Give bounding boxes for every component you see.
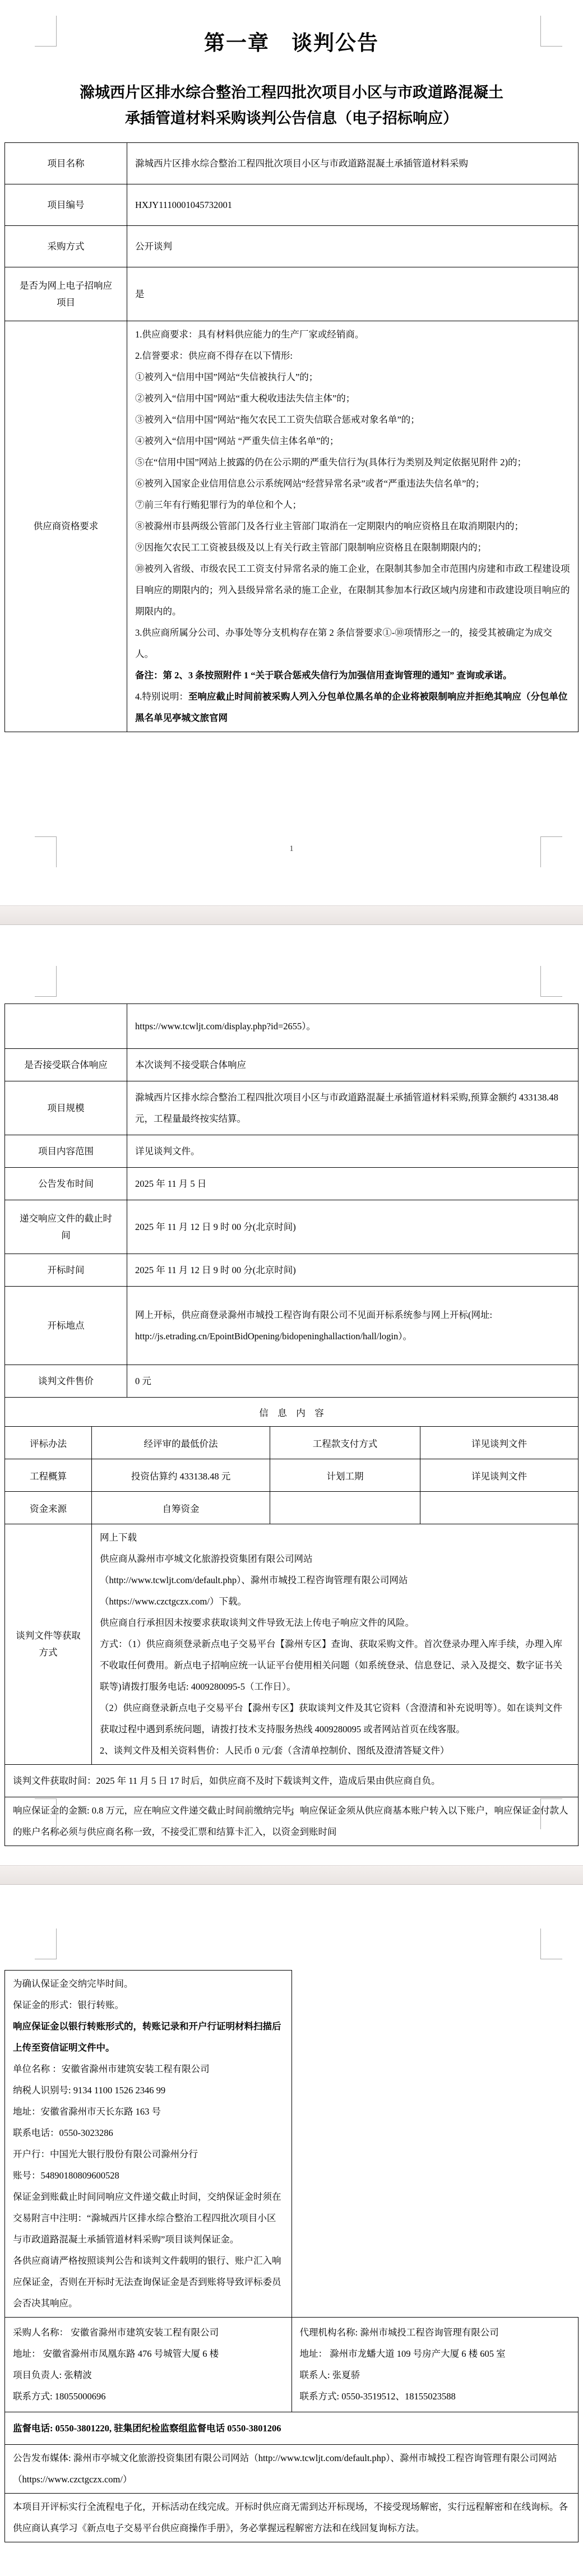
field-label: 工程款支付方式 bbox=[270, 1427, 420, 1459]
purchaser-name: 采购人名称： 安徽省滁州市建筑安装工程有限公司 bbox=[13, 2322, 284, 2343]
deposit-details-table: 为确认保证金交纳完毕时间。 保证金的形式：银行转账。 响应保证金以银行转账形式的… bbox=[4, 1970, 579, 2542]
field-value: 滁城西片区排水综合整治工程四批次项目小区与市政道路混凝土承插管道材料采购 bbox=[127, 143, 579, 184]
page-separator bbox=[0, 905, 583, 925]
remark-note: 备注：第 2、3 条按照附件 1 “关于联合惩戒失信行为加强信用查询管理的通知”… bbox=[135, 665, 570, 686]
agency-phone: 联系方式: 0550-3519512、18155023588 bbox=[300, 2386, 571, 2407]
field-label: 供应商资格要求 bbox=[5, 321, 127, 732]
agency-address: 地址： 滁州市龙蟠大道 109 号房产大厦 6 楼 605 室 bbox=[300, 2343, 571, 2365]
crop-mark-icon bbox=[35, 966, 57, 997]
field-value: 详见谈判文件 bbox=[420, 1427, 579, 1459]
unit-phone: 联系电话：0550-3023286 bbox=[13, 2122, 284, 2144]
paragraph: ②被列入“信用中国”网站“重大税收违法失信主体”的； bbox=[135, 388, 570, 409]
field-label: 资金来源 bbox=[5, 1492, 92, 1524]
paragraph: http://js.etrading.cn/EpointBidOpening/b… bbox=[135, 1326, 570, 1347]
paragraph: 为确认保证金交纳完毕时间。 bbox=[13, 1973, 284, 1995]
paragraph: ③被列入“信用中国”网站“拖欠农民工工资失信联合惩戒对象名单”的； bbox=[135, 409, 570, 431]
deposit-strict-note: 各供应商请严格按照谈判公告和谈判文件载明的银行、账户汇入响应保证金，否则在开标时… bbox=[13, 2250, 284, 2314]
table-row: 开标地点 网上开标，供应商登录滁州市城投工程咨询有限公司不见面开标系统参与网上开… bbox=[5, 1287, 579, 1365]
project-info-table: 项目名称 滁城西片区排水综合整治工程四批次项目小区与市政道路混凝土承插管道材料采… bbox=[4, 142, 579, 732]
special-note: 4.特别说明：至响应截止时间前被采购人列入分包单位黑名单的企业将被限制响应并拒绝… bbox=[135, 686, 570, 729]
table-row: 开标时间 2025 年 11 月 12 日 9 时 00 分(北京时间) bbox=[5, 1254, 579, 1287]
table-row: 递交响应文件的截止时间 2025 年 11 月 12 日 9 时 00 分(北京… bbox=[5, 1200, 579, 1254]
paragraph: 网上下载 bbox=[100, 1527, 570, 1548]
paragraph: 3.供应商所属分公司、办事处等分支机构存在第 2 条信誉要求①-⑩项情形之一的，… bbox=[135, 622, 570, 665]
crop-mark-icon bbox=[540, 966, 562, 997]
field-value bbox=[270, 1492, 420, 1524]
announcement-media: 公告发布媒体: 滁州市亭城文化旅游投资集团有限公司网站（http://www.t… bbox=[5, 2445, 579, 2494]
field-label: 评标办法 bbox=[5, 1427, 92, 1459]
table-row: 公告发布媒体: 滁州市亭城文化旅游投资集团有限公司网站（http://www.t… bbox=[5, 2445, 579, 2494]
deposit-details: 为确认保证金交纳完毕时间。 保证金的形式：银行转账。 响应保证金以银行转账形式的… bbox=[5, 1971, 292, 2318]
field-label: 递交响应文件的截止时间 bbox=[5, 1200, 127, 1254]
page-1: 第一章 谈判公告 滁城西片区排水综合整治工程四批次项目小区与市政道路混凝土承插管… bbox=[0, 0, 583, 905]
transfer-note: 响应保证金以银行转账形式的，转账记录和开户行证明材料扫描后上传至资信证明文件中。 bbox=[13, 2016, 284, 2059]
paragraph: ⑧被滁州市县两级公管部门及各行业主管部门取消在一定期限内的响应资格且在取消期限内… bbox=[135, 516, 570, 537]
field-label: 是否为网上电子招响应项目 bbox=[5, 267, 127, 321]
table-row: 项目规模 滁城西片区排水综合整治工程四批次项目小区与市政道路混凝土承插管道材料采… bbox=[5, 1081, 579, 1135]
purchaser-address: 地址： 安徽省滁州市凤凰东路 476 号城管大厦 6 楼 bbox=[13, 2343, 284, 2365]
bid-opening-place: 网上开标，供应商登录滁州市城投工程咨询有限公司不见面开标系统参与网上开标(网址:… bbox=[127, 1287, 579, 1365]
field-value: 2025 年 11 月 5 日 bbox=[127, 1168, 579, 1200]
table-row: https://www.tcwljt.com/display.php?id=26… bbox=[5, 1004, 579, 1049]
table-row: 是否接受联合体响应 本次谈判不接受联合体响应 bbox=[5, 1049, 579, 1081]
field-value: HXJY1110001045732001 bbox=[127, 184, 579, 226]
paragraph: 2、谈判文件及相关资料售价：人民币 0 元/套（含清单控制价、图纸及澄清答疑文件… bbox=[100, 1740, 570, 1761]
field-value: 投资估算约 433138.48 元 bbox=[92, 1459, 270, 1492]
paragraph: ⑨因拖欠农民工工资被县级及以上有关行政主管部门限制响应资格且在限制期限内的； bbox=[135, 537, 570, 558]
schedule-table: https://www.tcwljt.com/display.php?id=26… bbox=[4, 1003, 579, 1398]
paragraph: ⑩被列入省级、市级农民工工资支付异常名录的施工企业，在限制其参加全市范围内房建和… bbox=[135, 558, 570, 622]
e-bidding-note: 本项目开评标实行全流程电子化，开标活动在线完成。开标时供应商无需到达开标现场，不… bbox=[5, 2494, 579, 2542]
paragraph: 方式：（1）供应商须登录新点电子交易平台【滁州专区】查询、获取采购文件。首次登录… bbox=[100, 1634, 570, 1698]
blacklist-url: https://www.tcwljt.com/display.php?id=26… bbox=[127, 1004, 579, 1049]
paragraph: 供应商自行承担因未按要求获取谈判文件导致无法上传电子响应文件的风险。 bbox=[100, 1612, 570, 1634]
table-row: 是否为网上电子招响应项目 是 bbox=[5, 267, 579, 321]
agency-name: 代理机构名称: 滁州市城投工程咨询管理有限公司 bbox=[300, 2322, 571, 2343]
info-header-table: 信 息 内 容 bbox=[4, 1397, 579, 1427]
table-row: 项目编号 HXJY1110001045732001 bbox=[5, 184, 579, 226]
purchaser-phone: 联系方式: 18055000696 bbox=[13, 2386, 284, 2407]
field-label: 开标时间 bbox=[5, 1254, 127, 1287]
field-label: 项目规模 bbox=[5, 1081, 127, 1135]
field-value: 滁城西片区排水综合整治工程四批次项目小区与市政道路混凝土承插管道材料采购,预算金… bbox=[127, 1081, 579, 1135]
field-label: 谈判文件售价 bbox=[5, 1365, 127, 1398]
field-label: 工程概算 bbox=[5, 1459, 92, 1492]
paragraph: 2.信誉要求：供应商不得存在以下情形: bbox=[135, 345, 570, 367]
table-row: 监督电话: 0550-3801220, 驻集团纪检监察组监督电话 0550-38… bbox=[5, 2412, 579, 2445]
field-value: 经评审的最低价法 bbox=[92, 1427, 270, 1459]
field-label: 采购方式 bbox=[5, 226, 127, 267]
paragraph: 供应商从滁州市亭城文化旅游投资集团有限公司网站 bbox=[100, 1548, 570, 1570]
page-number: 1 bbox=[0, 844, 583, 854]
paragraph: ④被列入“信用中国”网站 “严重失信主体名单”的； bbox=[135, 431, 570, 452]
field-label: 是否接受联合体响应 bbox=[5, 1049, 127, 1081]
paragraph: ①被列入“信用中国”网站“失信被执行人”的； bbox=[135, 367, 570, 388]
field-value: 是 bbox=[127, 267, 579, 321]
crop-mark-icon bbox=[35, 16, 57, 47]
agency-person: 联系人: 张夏骄 bbox=[300, 2365, 571, 2386]
table-row: 采购方式 公开谈判 bbox=[5, 226, 579, 267]
field-label: 公告发布时间 bbox=[5, 1168, 127, 1200]
crop-mark-icon bbox=[540, 16, 562, 47]
supervision-phone: 监督电话: 0550-3801220, 驻集团纪检监察组监督电话 0550-38… bbox=[5, 2412, 579, 2445]
info-grid-table: 评标办法 经评审的最低价法 工程款支付方式 详见谈判文件 工程概算 投资估算约 … bbox=[4, 1426, 579, 1524]
table-row: 资金来源 自筹资金 bbox=[5, 1492, 579, 1524]
qualification-requirements: 1.供应商要求：具有材料供应能力的生产厂家或经销商。 2.信誉要求：供应商不得存… bbox=[127, 321, 579, 732]
field-label: 开标地点 bbox=[5, 1287, 127, 1365]
crop-mark-icon bbox=[540, 1928, 562, 1959]
field-value: 公开谈判 bbox=[127, 226, 579, 267]
table-row: 项目名称 滁城西片区排水综合整治工程四批次项目小区与市政道路混凝土承插管道材料采… bbox=[5, 143, 579, 184]
table-row: 项目内容范围 详见谈判文件。 bbox=[5, 1135, 579, 1168]
paragraph: ⑥被列入国家企业信用信息公示系统网站“经营异常名录”或者“严重违法失信名单”的； bbox=[135, 473, 570, 494]
field-value bbox=[420, 1492, 579, 1524]
table-row: 为确认保证金交纳完毕时间。 保证金的形式：银行转账。 响应保证金以银行转账形式的… bbox=[5, 1971, 579, 2318]
taxpayer-id: 纳税人识别号: 9134 1100 1526 2346 99 bbox=[13, 2080, 284, 2101]
acquisition-table: 谈判文件等获取方式 网上下载 供应商从滁州市亭城文化旅游投资集团有限公司网站 （… bbox=[4, 1524, 579, 1765]
paragraph: 网上开标，供应商登录滁州市城投工程咨询有限公司不见面开标系统参与网上开标(网址: bbox=[135, 1305, 570, 1326]
field-label: 项目编号 bbox=[5, 184, 127, 226]
page-number: 2 bbox=[0, 1809, 583, 1818]
field-value: 自筹资金 bbox=[92, 1492, 270, 1524]
deposit-deadline-note: 保证金到账截止时间同响应文件递交截止时间，交纳保证金时须在交易附言中注明：“滁城… bbox=[13, 2186, 284, 2250]
info-section-header: 信 息 内 容 bbox=[5, 1398, 579, 1427]
announcement-subtitle: 滁城西片区排水综合整治工程四批次项目小区与市政道路混凝土承插管道材料采购谈判公告… bbox=[74, 80, 509, 131]
field-label: 项目名称 bbox=[5, 143, 127, 184]
bank-account: 账号：54890180809600528 bbox=[13, 2165, 284, 2186]
page-3: 为确认保证金交纳完毕时间。 保证金的形式：银行转账。 响应保证金以银行转账形式的… bbox=[0, 1885, 583, 2576]
special-note-bold: 至响应截止时间前被采购人列入分包单位黑名单的企业将被限制响应并拒绝其响应（分包单… bbox=[135, 691, 567, 723]
purchaser-contact: 采购人名称： 安徽省滁州市建筑安装工程有限公司 地址： 安徽省滁州市凤凰东路 4… bbox=[5, 2318, 292, 2412]
field-value: 详见谈判文件 bbox=[420, 1459, 579, 1492]
file-acquisition-time: 谈判文件获取时间：2025 年 11 月 5 日 17 时后，如供应商不及时下载… bbox=[5, 1765, 579, 1797]
field-value: 详见谈判文件。 bbox=[127, 1135, 579, 1168]
special-note-prefix: 4.特别说明： bbox=[135, 691, 188, 702]
field-value: 0 元 bbox=[127, 1365, 579, 1398]
paragraph: （http://www.tcwljt.com/default.php）、滁州市城… bbox=[100, 1570, 570, 1591]
table-row: 谈判文件售价 0 元 bbox=[5, 1365, 579, 1398]
page-2: https://www.tcwljt.com/display.php?id=26… bbox=[0, 925, 583, 1865]
chapter-title: 第一章 谈判公告 bbox=[0, 0, 583, 56]
table-row: 响应保证金的金额: 0.8 万元，应在响应文件递交截止时间前缴纳完毕；响应保证金… bbox=[5, 1797, 579, 1846]
unit-address: 地址：安徽省滁州市天长东路 163 号 bbox=[13, 2101, 284, 2122]
field-value: 2025 年 11 月 12 日 9 时 00 分(北京时间) bbox=[127, 1254, 579, 1287]
field-label bbox=[5, 1004, 127, 1049]
table-row: 采购人名称： 安徽省滁州市建筑安装工程有限公司 地址： 安徽省滁州市凤凰东路 4… bbox=[5, 2318, 579, 2412]
field-label: 项目内容范围 bbox=[5, 1135, 127, 1168]
deposit-amount: 响应保证金的金额: 0.8 万元，应在响应文件递交截止时间前缴纳完毕；响应保证金… bbox=[5, 1797, 579, 1846]
table-row: 信 息 内 容 bbox=[5, 1398, 579, 1427]
field-value: 2025 年 11 月 12 日 9 时 00 分(北京时间) bbox=[127, 1200, 579, 1254]
page-separator bbox=[0, 1865, 583, 1885]
table-row: 评标办法 经评审的最低价法 工程款支付方式 详见谈判文件 bbox=[5, 1427, 579, 1459]
paragraph: （https://www.czctgczx.com/）下载。 bbox=[100, 1591, 570, 1612]
table-row: 谈判文件等获取方式 网上下载 供应商从滁州市亭城文化旅游投资集团有限公司网站 （… bbox=[5, 1524, 579, 1765]
table-row: 工程概算 投资估算约 433138.48 元 计划工期 详见谈判文件 bbox=[5, 1459, 579, 1492]
paragraph: ⑤在“信用中国”网站上披露的仍在公示期的严重失信行为(具体行为类别及判定依据见附… bbox=[135, 452, 570, 473]
bank-name: 开户行：中国光大银行股份有限公司滁州分行 bbox=[13, 2144, 284, 2165]
crop-mark-icon bbox=[35, 1928, 57, 1959]
purchaser-manager: 项目负责人: 张精波 bbox=[13, 2365, 284, 2386]
field-label: 计划工期 bbox=[270, 1459, 420, 1492]
table-row: 公告发布时间 2025 年 11 月 5 日 bbox=[5, 1168, 579, 1200]
paragraph: （2）供应商登录新点电子交易平台【滁州专区】获取谈判文件及其它资料（含澄清和补充… bbox=[100, 1698, 570, 1740]
table-row: 本项目开评标实行全流程电子化，开标活动在线完成。开标时供应商无需到达开标现场，不… bbox=[5, 2494, 579, 2542]
unit-name: 单位名称 ：安徽省滁州市建筑安装工程有限公司 bbox=[13, 2059, 284, 2080]
file-time-table: 谈判文件获取时间：2025 年 11 月 5 日 17 时后，如供应商不及时下载… bbox=[4, 1764, 579, 1846]
field-value: 本次谈判不接受联合体响应 bbox=[127, 1049, 579, 1081]
paragraph: ⑦前三年有行贿犯罪行为的单位和个人； bbox=[135, 494, 570, 516]
field-label: 谈判文件等获取方式 bbox=[5, 1524, 92, 1765]
acquisition-method: 网上下载 供应商从滁州市亭城文化旅游投资集团有限公司网站 （http://www… bbox=[92, 1524, 579, 1765]
agency-contact: 代理机构名称: 滁州市城投工程咨询管理有限公司 地址： 滁州市龙蟠大道 109 … bbox=[291, 2318, 579, 2412]
table-row: 供应商资格要求 1.供应商要求：具有材料供应能力的生产厂家或经销商。 2.信誉要… bbox=[5, 321, 579, 732]
table-row: 谈判文件获取时间：2025 年 11 月 5 日 17 时后，如供应商不及时下载… bbox=[5, 1765, 579, 1797]
paragraph: 1.供应商要求：具有材料供应能力的生产厂家或经销商。 bbox=[135, 324, 570, 345]
paragraph: 保证金的形式：银行转账。 bbox=[13, 1995, 284, 2016]
